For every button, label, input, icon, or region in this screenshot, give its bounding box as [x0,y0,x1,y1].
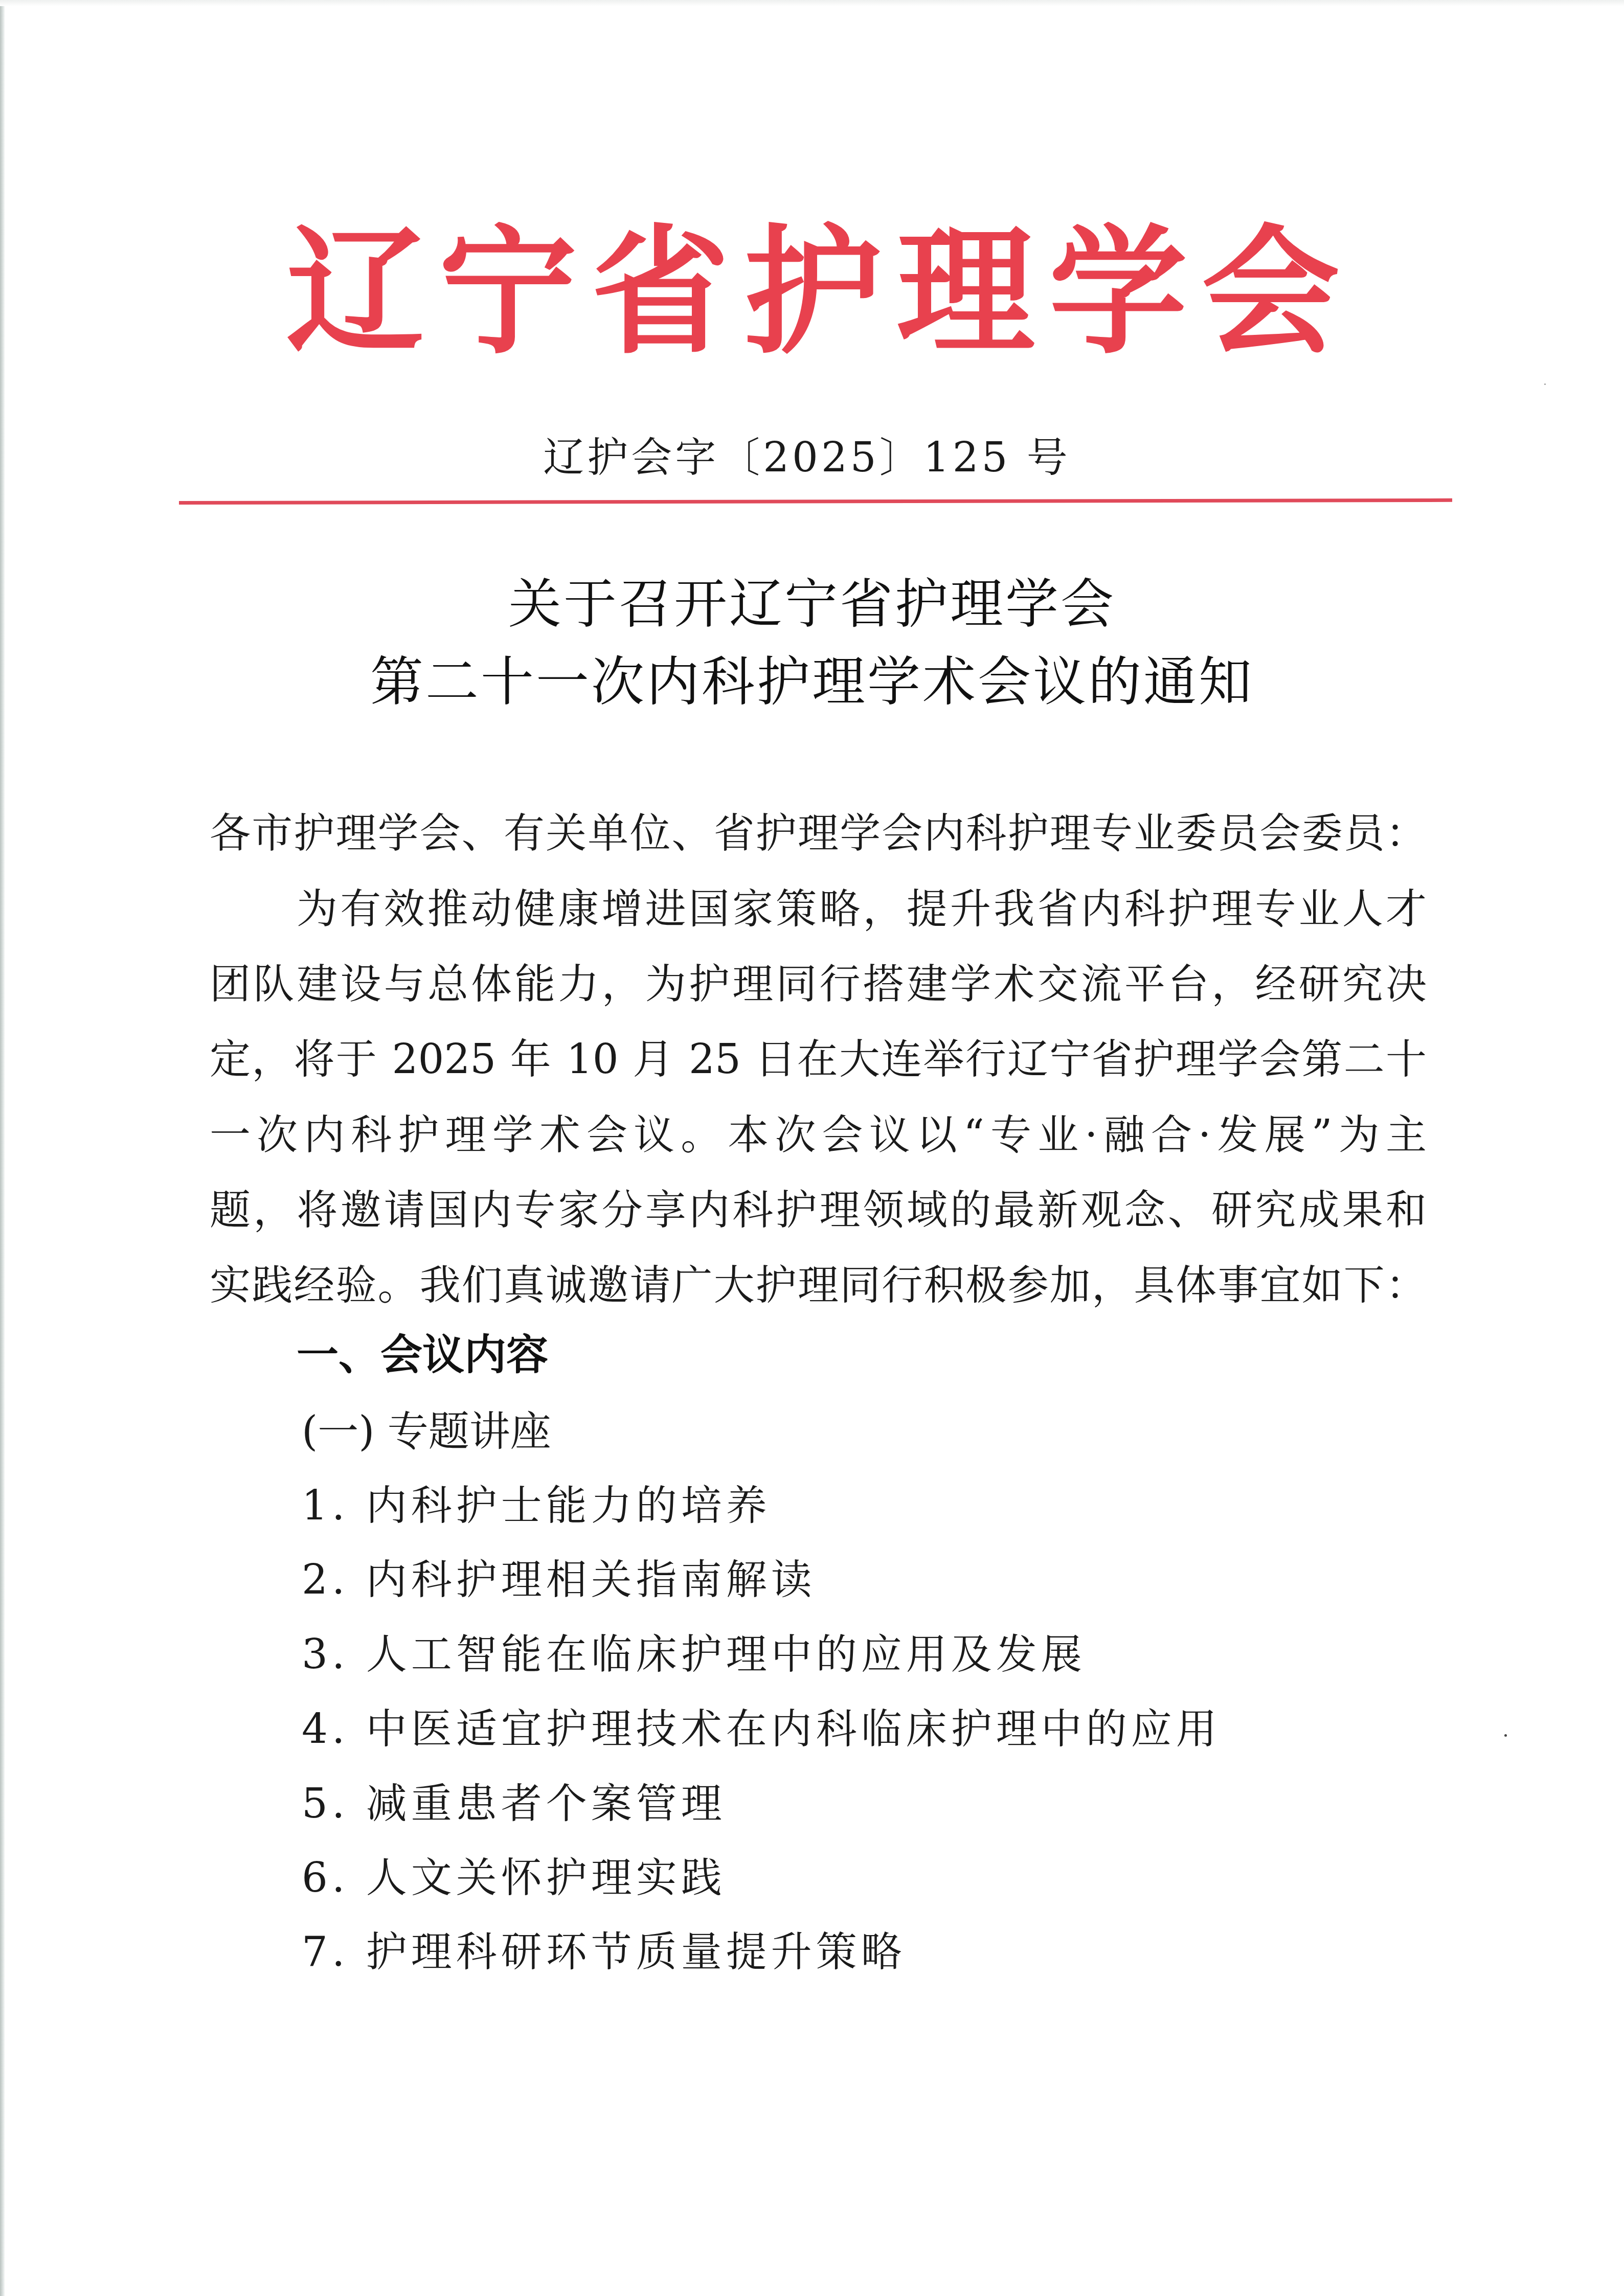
salutation: 各市护理学会、有关单位、省护理学会内科护理专业委员会委员： [210,813,1427,854]
masthead-char: 宁 [439,222,577,360]
lecture-item: 7. 护理科研环节质量提升策略 [302,1931,906,1972]
paragraph-line: 定，将于 2025 年 10 月 25 日在大连举行辽宁省护理学会第二十 [210,1039,1427,1080]
paragraph-line: 为有效推动健康增进国家策略，提升我省内科护理专业人才 [297,889,1427,929]
paragraph-line: 一次内科护理学术会议。本次会议以“专业·融合·发展”为主 [210,1115,1427,1155]
masthead-char: 会 [1202,222,1340,360]
scan-top-shadow [0,0,1624,6]
subsection-heading-lectures: (一) 专题讲座 [302,1411,551,1452]
paragraph-line: 团队建设与总体能力，为护理同行搭建学术交流平台，经研究决 [210,964,1427,1005]
paragraph-line: 题，将邀请国内专家分享内科护理领域的最新观念、研究成果和 [210,1190,1427,1231]
scan-edge-shadow [0,0,5,2296]
masthead-char: 省 [592,222,730,360]
scan-speck [1544,383,1546,385]
lecture-item: 3. 人工智能在临床护理中的应用及发展 [302,1634,1086,1675]
lecture-item: 2. 内科护理相关指南解读 [302,1559,816,1600]
red-divider-rule [179,498,1452,505]
lecture-item: 1. 内科护士能力的培养 [302,1485,771,1526]
masthead-char: 学 [1049,222,1187,360]
lecture-item: 6. 人文关怀护理实践 [302,1857,726,1898]
masthead-organization-name: 辽 宁 省 护 理 学 会 [286,204,1340,378]
paragraph-line: 实践经验。我们真诚邀请广大护理同行积极参加，具体事宜如下： [210,1265,1427,1306]
section-heading-meeting-content: 一、会议内容 [297,1334,548,1376]
masthead-char: 辽 [286,222,424,360]
document-number: 辽护会字〔2025〕125 号 [0,437,1619,478]
lecture-item: 4. 中医适宜护理技术在内科临床护理中的应用 [302,1709,1221,1749]
scan-speck [1504,1734,1507,1737]
lecture-item: 5. 减重患者个案管理 [302,1783,726,1824]
document-title-line-1: 关于召开辽宁省护理学会 [0,578,1624,631]
document-title-line-2: 第二十一次内科护理学术会议的通知 [0,655,1624,709]
masthead-char: 理 [896,222,1034,360]
masthead-char: 护 [744,222,882,360]
